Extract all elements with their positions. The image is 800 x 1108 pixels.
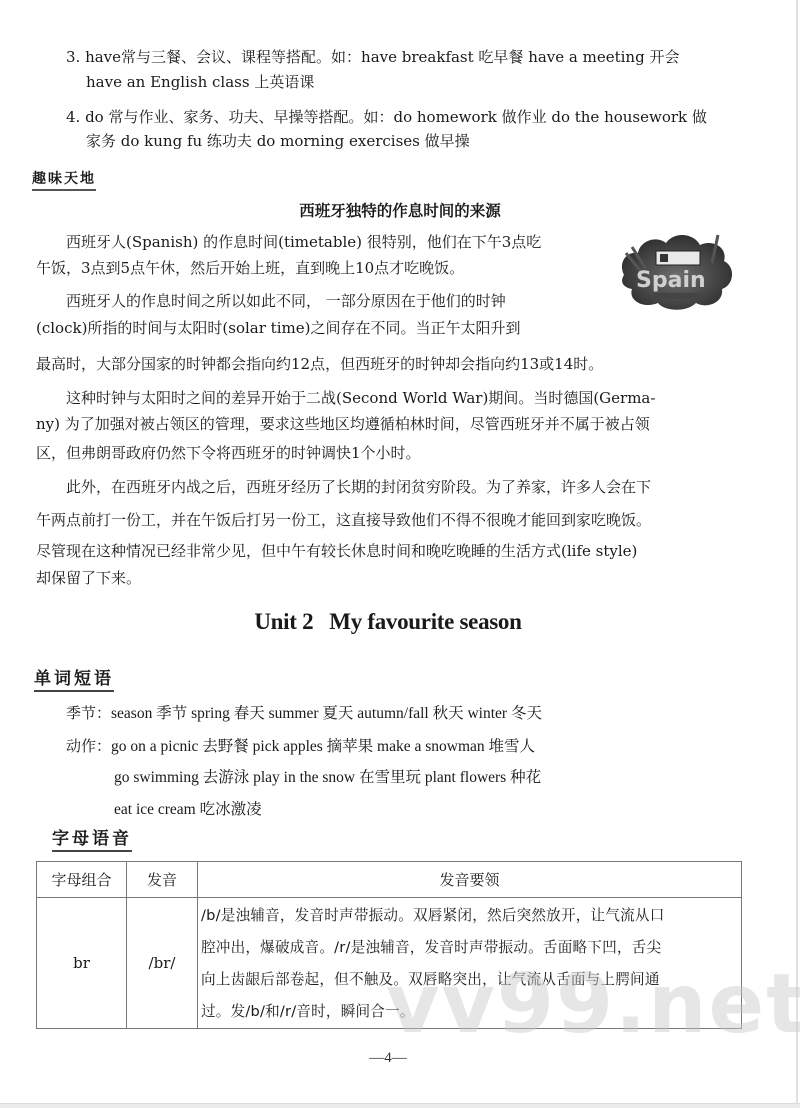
- spain-label: Spain: [636, 268, 706, 293]
- usage-item-4-line-2: 家务 do kung fu 练功夫 do morning exercises 做…: [86, 131, 470, 151]
- vocab-actions-row: 动作：go on a picnic 去野餐 pick apples 摘苹果 ma…: [66, 736, 535, 757]
- tip-line: 向上齿龈后部卷起，但不触及。双唇略突出，让气流从舌面与上腭间通: [201, 964, 741, 996]
- vocab-actions-1: go on a picnic 去野餐 pick apples 摘苹果 make …: [111, 738, 535, 755]
- page-edge-bottom: [0, 1103, 800, 1108]
- article-line-1: 西班牙人(Spanish) 的作息时间(timetable) 很特别，他们在下午…: [66, 232, 541, 252]
- article-line-12: 却保留了下来。: [36, 568, 141, 588]
- tip-line: /b/是浊辅音，发音时声带振动。双唇紧闭，然后突然放开，让气流从口: [201, 900, 741, 932]
- header-letters: 字母组合: [37, 862, 127, 898]
- header-tips: 发音要领: [198, 862, 742, 898]
- vocab-seasons-row: 季节：season 季节 spring 春天 summer 夏天 autumn/…: [66, 703, 542, 724]
- unit-name: My favourite season: [329, 609, 521, 634]
- vocab-heading: 单词短语: [34, 668, 114, 692]
- cell-letters: br: [37, 898, 127, 1029]
- usage-item-3-line-2: have an English class 上英语课: [86, 72, 314, 92]
- vocab-actions-label: 动作：: [66, 737, 111, 755]
- article-line-11: 尽管现在这种情况已经非常少见，但中午有较长休息时间和晚吃晚睡的生活方式(life…: [36, 541, 637, 561]
- cell-sound: /br/: [127, 898, 198, 1029]
- article-line-7: ny) 为了加强对被占领区的管理，要求这些地区均遵循柏林时间，尽管西班牙并不属于…: [36, 414, 650, 434]
- phonics-table: 字母组合 发音 发音要领 br /br/ /b/是浊辅音，发音时声带振动。双唇紧…: [36, 861, 742, 1029]
- tip-line: 过。发/b/和/r/音时，瞬间合一。: [201, 996, 741, 1028]
- vocab-seasons-label: 季节：: [66, 704, 111, 722]
- article-line-2: 午饭，3点到5点午休，然后开始上班，直到晚上10点才吃晚饭。: [36, 258, 464, 278]
- article-line-10: 午两点前打一份工，并在午饭后打另一份工，这直接导致他们不得不很晚才能回到家吃晚饭…: [36, 510, 651, 530]
- phonics-header-row: 字母组合 发音 发音要领: [37, 862, 742, 898]
- article-line-3: 西班牙人的作息时间之所以如此不同， 一部分原因在于他们的时钟: [66, 291, 506, 311]
- vocab-actions-3: eat ice cream 吃冰激凌: [114, 800, 262, 820]
- fun-corner-tag: 趣味天地: [32, 168, 96, 191]
- article-line-6: 这种时钟与太阳时之间的差异开始于二战(Second World War)期间。当…: [66, 388, 655, 408]
- article-line-4: (clock)所指的时间与太阳时(solar time)之间存在不同。当正午太阳…: [36, 318, 520, 338]
- article-line-8: 区，但弗朗哥政府仍然下令将西班牙的时钟调快1个小时。: [36, 443, 421, 463]
- tip-line: 腔冲出，爆破成音。/r/是浊辅音，发音时声带振动。舌面略下凹，舌尖: [201, 932, 741, 964]
- vocab-seasons: season 季节 spring 春天 summer 夏天 autumn/fal…: [111, 705, 542, 722]
- phonics-heading: 字母语音: [52, 828, 132, 852]
- article-line-9: 此外，在西班牙内战之后，西班牙经历了长期的封闭贫穷阶段。为了养家，许多人会在下: [66, 477, 651, 497]
- article-line-5: 最高时，大部分国家的时钟都会指向约12点，但西班牙的时钟却会指向约13或14时。: [36, 354, 603, 374]
- usage-item-3-line-1: 3. have常与三餐、会议、课程等搭配。如：have breakfast 吃早…: [66, 47, 679, 67]
- unit-title: Unit 2My favourite season: [0, 609, 776, 635]
- header-sound: 发音: [127, 862, 198, 898]
- cell-tips: /b/是浊辅音，发音时声带振动。双唇紧闭，然后突然放开，让气流从口 腔冲出，爆破…: [198, 898, 742, 1029]
- vocab-actions-2: go swimming 去游泳 play in the snow 在雪里玩 pl…: [114, 768, 541, 788]
- spain-illustration: Spain: [616, 223, 740, 313]
- unit-number: Unit 2: [254, 609, 313, 634]
- usage-item-4-line-1: 4. do 常与作业、家务、功夫、早操等搭配。如：do homework 做作业…: [66, 107, 707, 127]
- table-row: br /br/ /b/是浊辅音，发音时声带振动。双唇紧闭，然后突然放开，让气流从…: [37, 898, 742, 1029]
- page-edge-right: [796, 0, 798, 1104]
- page-number: —4—: [0, 1050, 776, 1067]
- article-title: 西班牙独特的作息时间的来源: [0, 199, 800, 221]
